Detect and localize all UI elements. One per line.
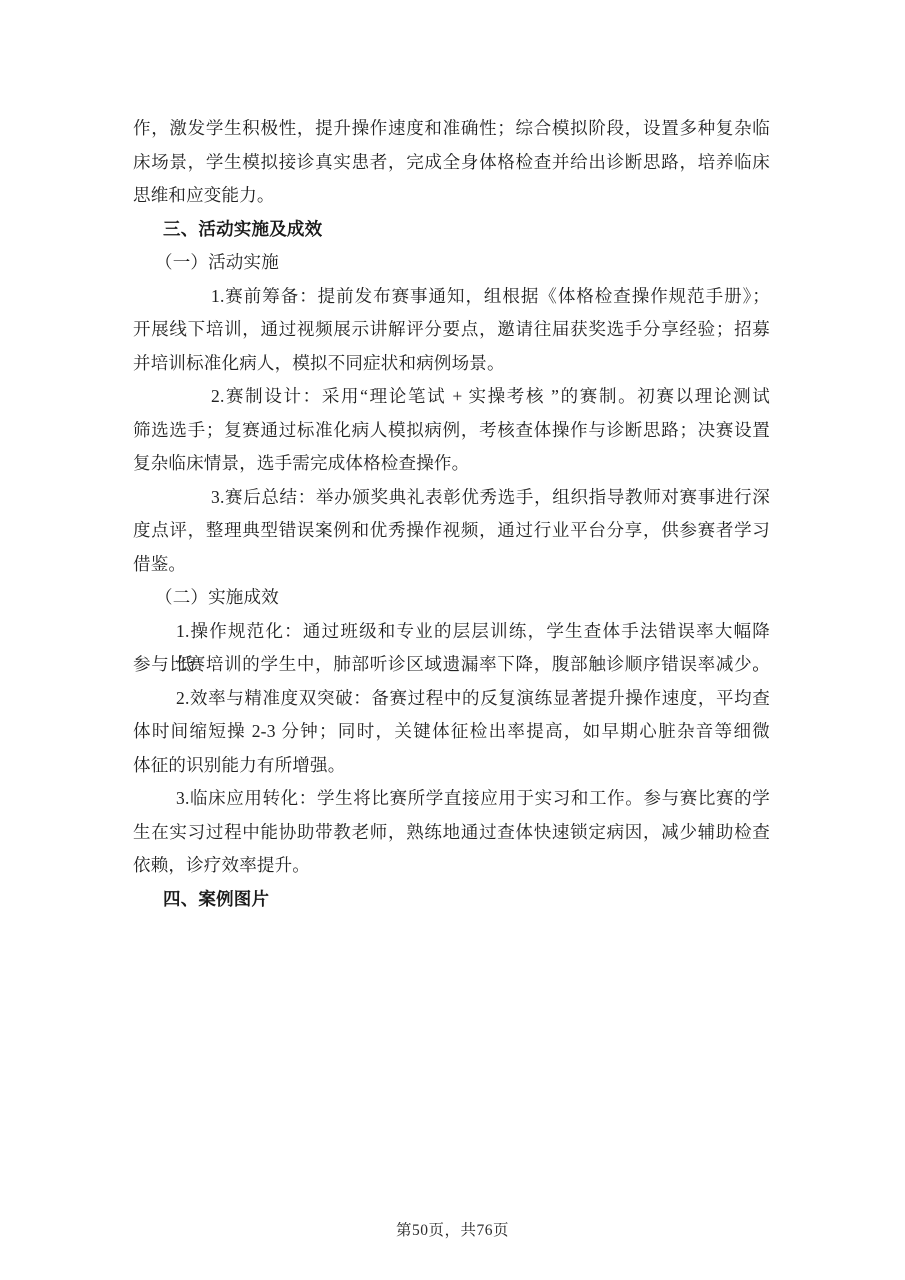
text-line: 并培训标准化病人，模拟不同症状和病例场景。 — [133, 347, 770, 381]
text-line: 依赖，诊疗效率提升。 — [133, 849, 770, 883]
text-line: 2.赛制设计：采用“理论笔试 + 实操考核 ”的赛制。初赛以理论测试 — [133, 380, 770, 414]
page-number-footer: 第50页，共76页 — [0, 1220, 905, 1242]
text-line: 床场景，学生模拟接诊真实患者，完成全身体格检查并给出诊断思路，培养临床 — [133, 146, 770, 180]
text-line: 复杂临床情景，选手需完成体格检查操作。 — [133, 447, 770, 481]
text-line: 借鉴。 — [133, 548, 770, 582]
text-line: 生在实习过程中能协助带教老师，熟练地通过查体快速锁定病因，减少辅助检查 — [133, 816, 770, 850]
text-line: 体征的识别能力有所增强。 — [133, 749, 770, 783]
text-line: （二）实施成效 — [133, 581, 770, 615]
text-line: 体时间缩短操 2-3 分钟；同时，关键体征检出率提高，如早期心脏杂音等细微 — [133, 715, 770, 749]
section-heading: 三、活动实施及成效 — [133, 213, 770, 247]
text-line: 思维和应变能力。 — [133, 179, 770, 213]
document-page: 作，激发学生积极性，提升操作速度和准确性；综合模拟阶段，设置多种复杂临床场景，学… — [0, 0, 905, 1280]
text-line: 3.临床应用转化：学生将比赛所学直接应用于实习和工作。参与赛比赛的学 — [133, 782, 770, 816]
text-line: 筛选选手；复赛通过标准化病人模拟病例，考核查体操作与诊断思路；决赛设置 — [133, 414, 770, 448]
text-line: 作，激发学生积极性，提升操作速度和准确性；综合模拟阶段，设置多种复杂临 — [133, 112, 770, 146]
text-line: 参与比赛培训的学生中，肺部听诊区域遗漏率下降，腹部触诊顺序错误率减少。 — [133, 648, 770, 682]
text-line: 开展线下培训，通过视频展示讲解评分要点，邀请往届获奖选手分享经验；招募 — [133, 313, 770, 347]
section-heading: 四、案例图片 — [133, 883, 770, 917]
text-line: 2.效率与精准度双突破：备赛过程中的反复演练显著提升操作速度，平均查 — [133, 682, 770, 716]
text-line: 1.操作规范化：通过班级和专业的层层训练，学生查体手法错误率大幅降低。 — [133, 615, 770, 649]
text-line: （一）活动实施 — [133, 246, 770, 280]
text-line: 3.赛后总结：举办颁奖典礼表彰优秀选手，组织指导教师对赛事进行深 — [133, 481, 770, 515]
document-body: 作，激发学生积极性，提升操作速度和准确性；综合模拟阶段，设置多种复杂临床场景，学… — [133, 112, 770, 916]
text-line: 度点评，整理典型错误案例和优秀操作视频，通过行业平台分享，供参赛者学习 — [133, 514, 770, 548]
text-line: 1.赛前筹备：提前发布赛事通知，组根据《体格检查操作规范手册》； — [133, 280, 770, 314]
